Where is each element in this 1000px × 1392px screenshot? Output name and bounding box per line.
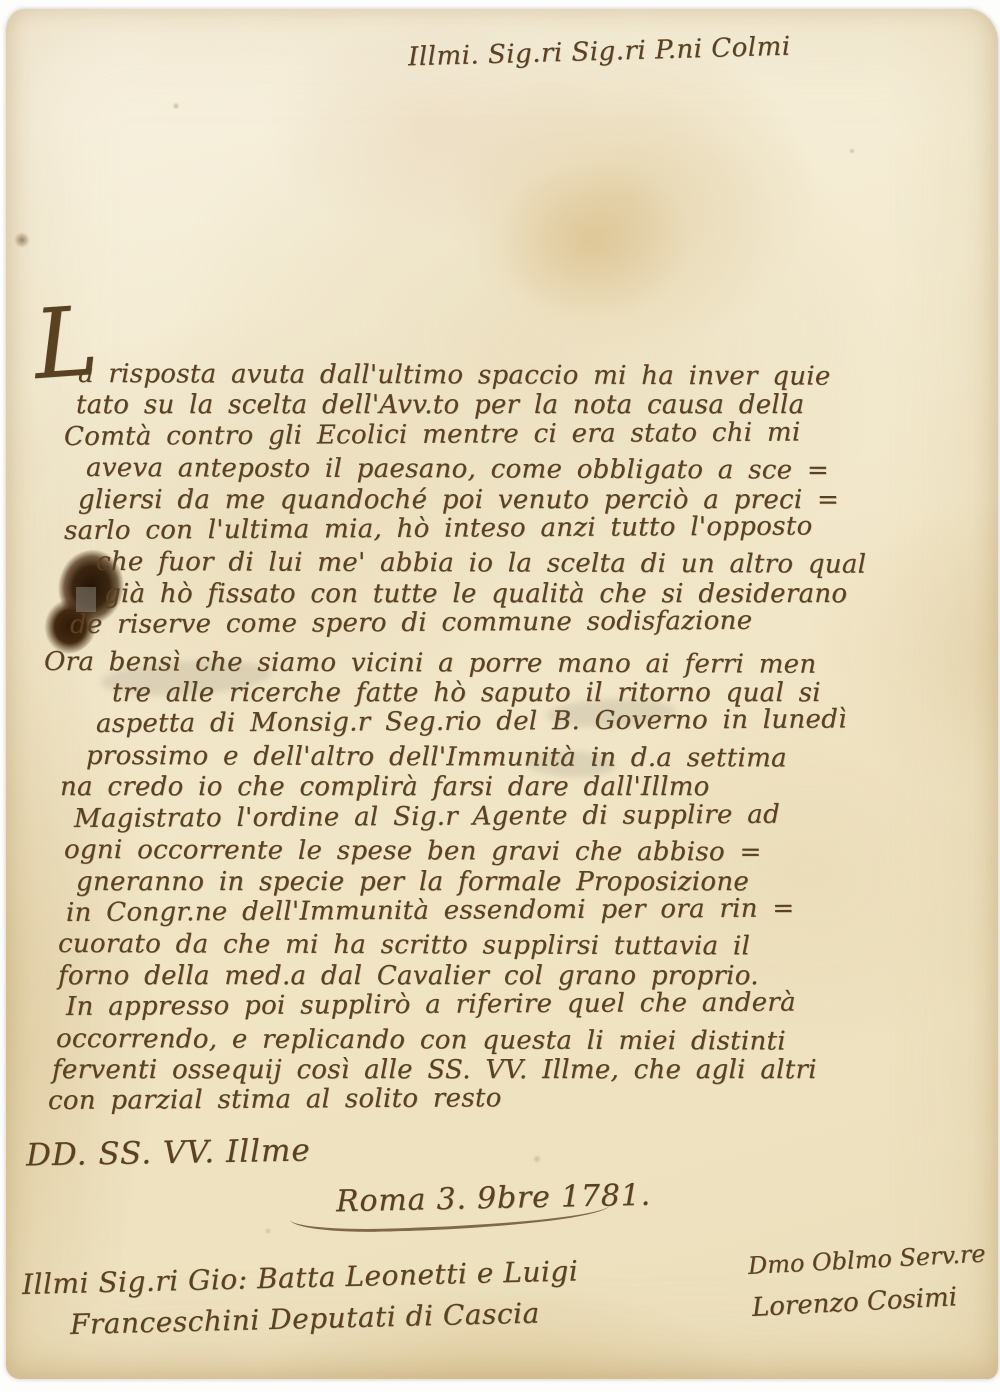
letter-valediction: DD. SS. VV. Illme [26,1133,311,1174]
letter-line: sarlo con l'ultima mia, hò inteso anzi t… [64,510,980,547]
scanned-letter: Illmi. Sig.ri Sig.ri P.ni Colmi L a risp… [0,0,1000,1392]
letter-line: prossimo e dell'altro dell'Immunità in d… [86,741,980,776]
letter-line: Comtà contro gli Ecolici mentre ci era s… [64,416,980,453]
letter-line: Magistrato l'ordine al Sig.r Agente di s… [74,798,980,835]
letter-line: Ora bensì che siamo vicini a porre mano … [44,647,980,682]
letter-line: aveva anteposto il paesano, come obbliga… [86,453,980,488]
letter-line: in Congr.ne dell'Immunità essendomi per … [66,892,980,929]
letter-line: occorrendo, e replicando con questa li m… [56,1024,980,1059]
letter-body: a risposta avuta dall'ultimo spaccio mi … [40,359,980,1118]
letter-line: de riserve come spero di commune sodisfa… [70,605,980,642]
letter-salutation: Illmi. Sig.ri Sig.ri P.ni Colmi [408,32,791,73]
signature-block: Dmo Oblmo Serv.re Lorenzo Cosimi [748,1245,986,1329]
letter-line: aspetta di Monsig.r Seg.rio del B. Gover… [96,704,980,741]
letter-line: con parzial stima al solito resto [48,1081,980,1118]
letter-line: ogni occorrente le spese ben gravi che a… [64,835,980,870]
letter-line: cuorato da che mi ha scritto supplirsi t… [58,929,980,964]
recipient-block: Illmi Sig.ri Gio: Batta Leonetti e Luigi… [22,1265,578,1345]
letter-paper: Illmi. Sig.ri Sig.ri P.ni Colmi L a risp… [6,9,998,1379]
letter-line: che fuor di lui me' abbia io la scelta d… [96,547,980,581]
letter-line: a risposta avuta dall'ultimo spaccio mi … [78,359,980,394]
letter-line: In appresso poi supplirò a riferire quel… [66,987,980,1024]
